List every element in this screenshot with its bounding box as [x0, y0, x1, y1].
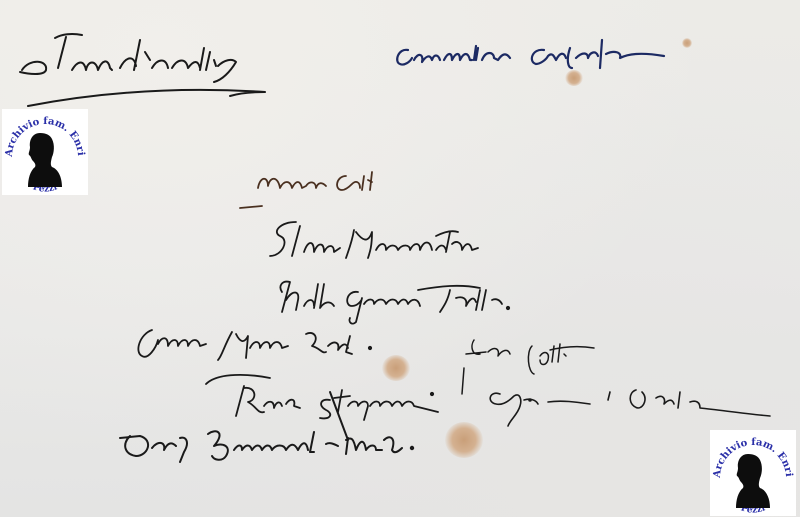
signature-clara-marcantini: Clara Marcantini — [0, 0, 1, 1]
stain — [445, 422, 483, 458]
signature-rosa-stoppani: Rosa Stoppani — [0, 0, 1, 1]
signature-ina-moretti: Ina Moretti — [0, 0, 1, 1]
stain — [682, 38, 692, 48]
handwriting-strokes — [0, 0, 800, 517]
silhouette-portrait-icon: Archivio fam. Enrico Pezzi — [710, 430, 796, 516]
signature-virginia-dala: Virginia d'Dala — [0, 0, 1, 1]
signature-anna-maria-rota: Anna Maria Rota — [0, 0, 1, 1]
signature-maria-cotti: Maria Cotti — [0, 0, 1, 1]
signature-ida-cotti: Ida Cotti — [0, 0, 1, 1]
signature-dora-zuccardi-merli: Dora Zuccardi-Merli — [0, 0, 1, 1]
album-page: Ina Moretti Carmelita Cioja Maria Cotti … — [0, 0, 800, 517]
archive-watermark-logo: Archivio fam. Enrico Pezzi — [2, 109, 88, 195]
stain — [565, 70, 583, 86]
signature-carmelita-cioja: Carmelita Cioja — [0, 0, 1, 1]
signature-nella-germi-ratti: Nella Germi Ratti — [0, 0, 1, 1]
stain — [382, 355, 410, 381]
archive-watermark-logo: Archivio fam. Enrico Pezzi — [710, 430, 796, 516]
silhouette-portrait-icon: Archivio fam. Enrico Pezzi — [2, 109, 88, 195]
